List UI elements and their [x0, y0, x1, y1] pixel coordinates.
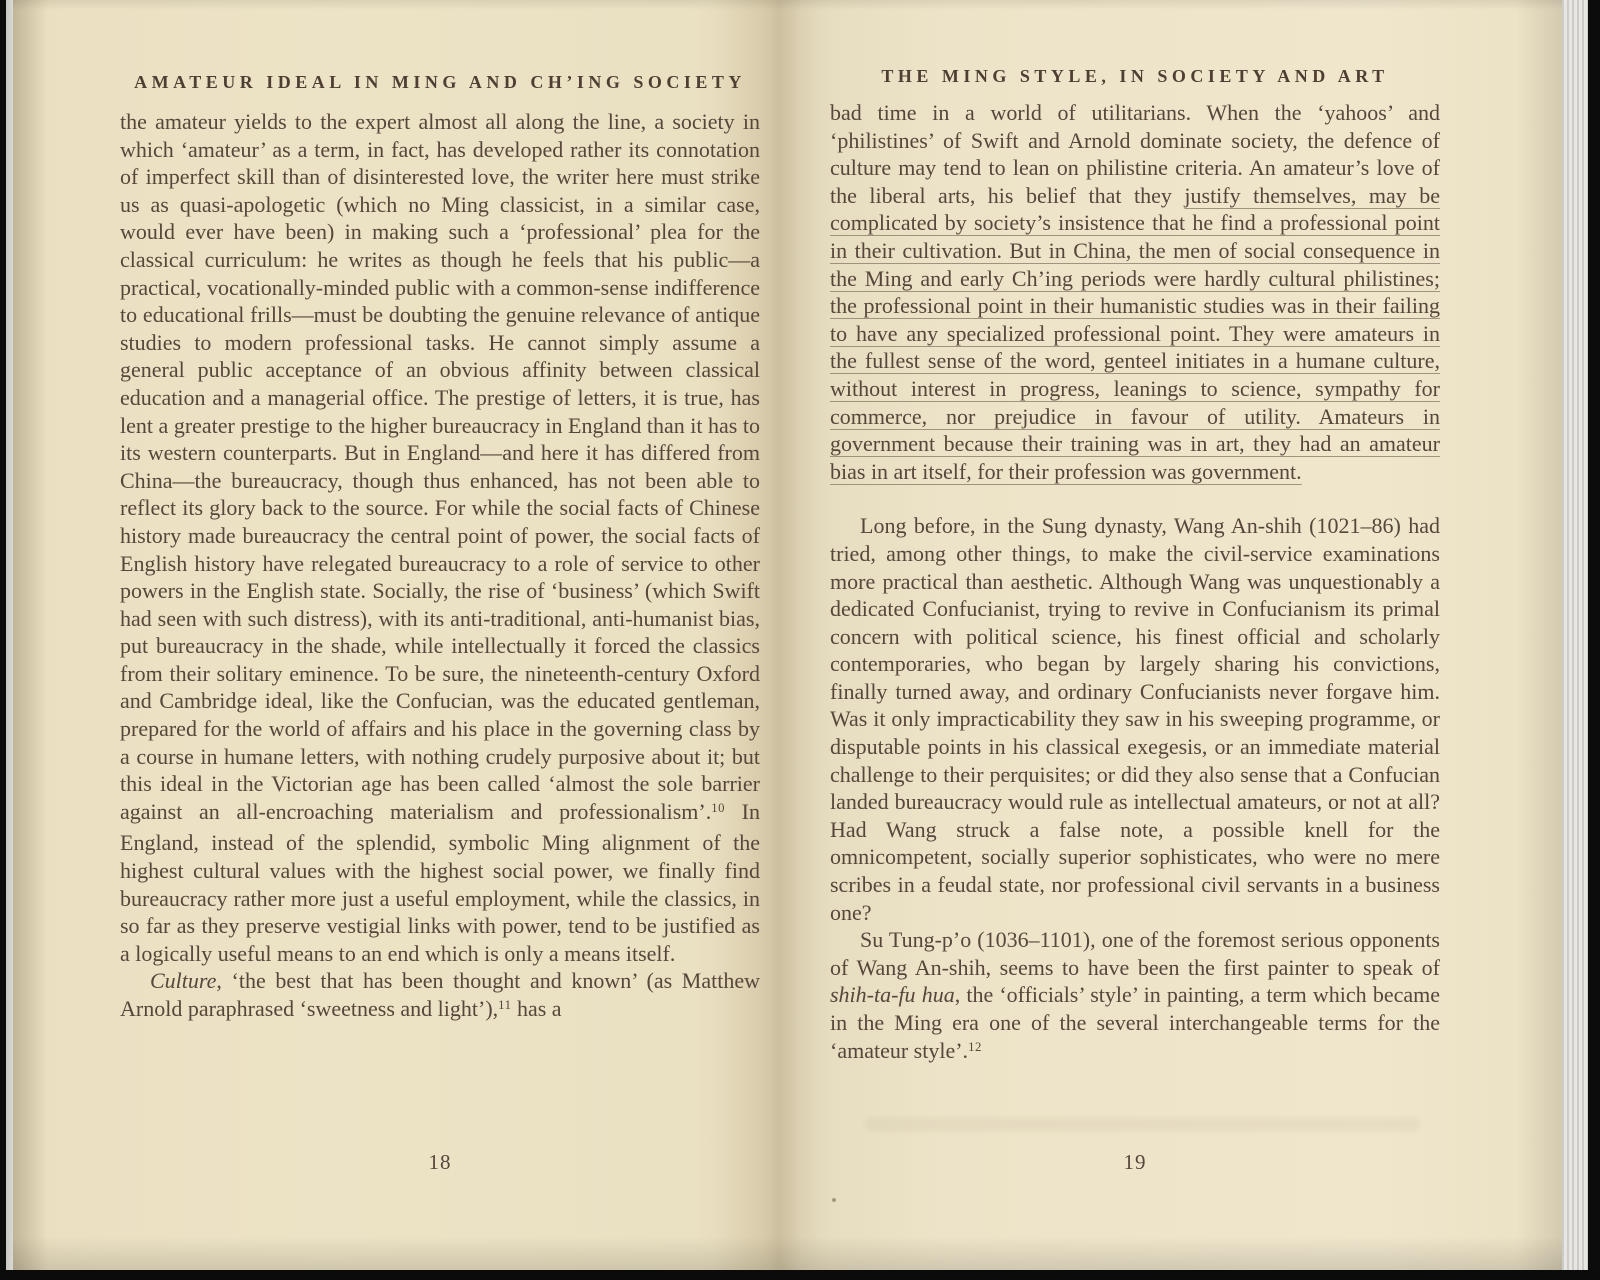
paragraph: the amateur yields to the expert almost …: [120, 108, 760, 967]
text-segment: Long before, in the Sung dynasty, Wang A…: [830, 513, 1440, 924]
text-segment: , ‘the best that has been thought and kn…: [120, 968, 760, 1021]
text-segment: the amateur yields to the expert almost …: [120, 109, 760, 824]
show-through-artifact: [865, 1118, 1420, 1131]
text-segment-underline: justify themselves, may be complicated b…: [830, 183, 1440, 484]
left-running-head: AMATEUR IDEAL IN MING AND CH’ING SOCIETY: [120, 72, 760, 93]
book-scan: { "colors": { "paper": "#ece2c6", "ink":…: [0, 0, 1600, 1280]
text-segment-sup: 12: [968, 1040, 982, 1054]
left-page-number: 18: [120, 1150, 760, 1175]
right-page-body: bad time in a world of utilitarians. Whe…: [830, 99, 1440, 1068]
text-segment-sup: 11: [498, 998, 511, 1012]
left-page-shadow: [13, 0, 47, 1270]
paragraph: Long before, in the Sung dynasty, Wang A…: [830, 512, 1440, 926]
text-segment-sup: 10: [711, 801, 725, 815]
left-page-body: the amateur yields to the expert almost …: [120, 108, 760, 1027]
paragraph: bad time in a world of utilitarians. Whe…: [830, 99, 1440, 485]
text-segment-italic: shih-ta-fu hua: [830, 982, 955, 1007]
right-page-number: 19: [830, 1150, 1440, 1175]
book-fore-edge-pages: [1562, 0, 1588, 1280]
text-segment: Su Tung-p’o (1036–1101), one of the fore…: [830, 927, 1440, 980]
paragraph: Su Tung-p’o (1036–1101), one of the fore…: [830, 926, 1440, 1068]
right-running-head: THE MING STYLE, IN SOCIETY AND ART: [830, 66, 1440, 87]
text-segment-italic: Culture: [150, 968, 216, 993]
paragraph: Culture, ‘the best that has been thought…: [120, 967, 760, 1026]
right-page-shadow: [1516, 0, 1562, 1270]
text-segment: has a: [511, 996, 561, 1021]
scan-edge-bottom: [0, 1270, 1600, 1280]
scan-edge-right: [1588, 0, 1600, 1280]
scan-edge-left-strip: [6, 0, 13, 1280]
ink-speck: [832, 1198, 836, 1202]
